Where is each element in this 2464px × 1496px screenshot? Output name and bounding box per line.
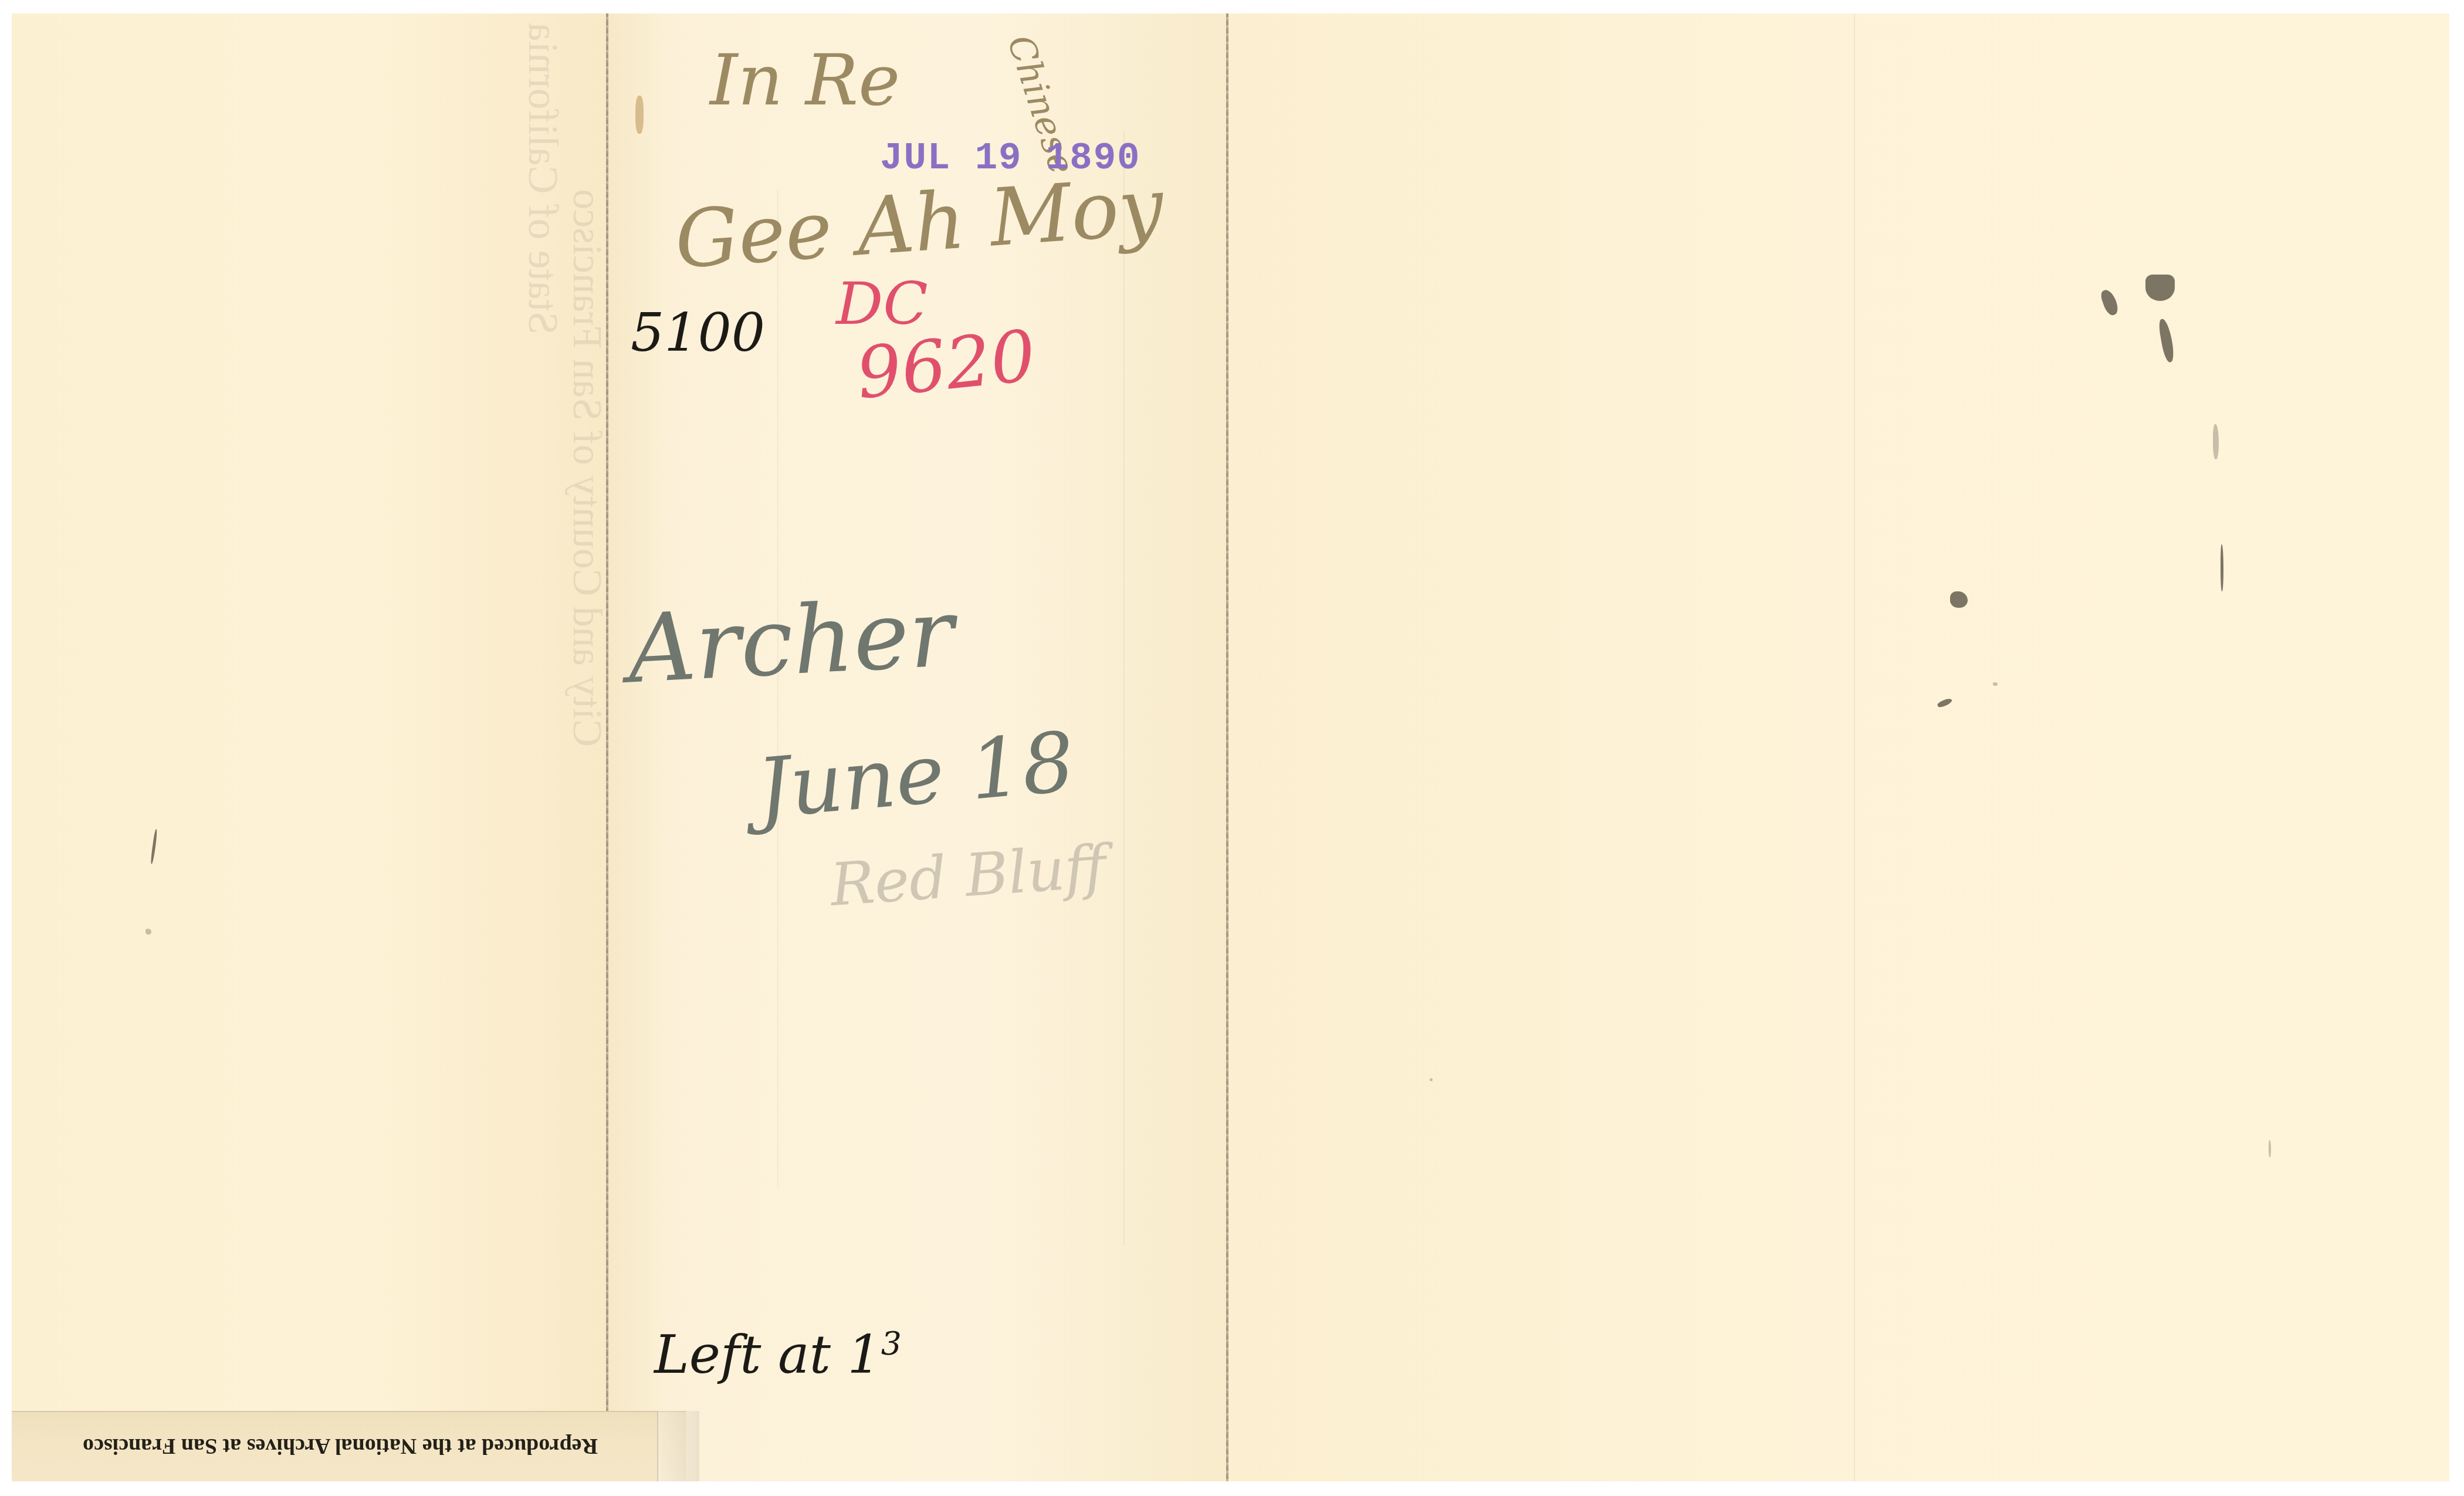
right-panel	[1227, 13, 2449, 1481]
fold-line-right	[1226, 13, 1228, 1481]
ink-speck	[150, 829, 158, 864]
ink-speck	[1993, 682, 1998, 686]
ink-blot	[2145, 275, 2175, 301]
ink-speck	[1430, 1078, 1433, 1081]
archive-reproduction-label: Reproduced at the National Archives at S…	[12, 1411, 686, 1481]
ink-blot	[2213, 424, 2219, 459]
ink-blot	[2158, 318, 2176, 363]
ink-blot	[2221, 544, 2223, 591]
document-sheet: State of California City and County of S…	[12, 13, 2449, 1481]
bleed-through-ruling	[1123, 131, 1125, 1245]
handwriting-bottom-note: Left at 13	[654, 1328, 902, 1382]
handwriting-in-re: In Re	[710, 46, 900, 116]
fold-line-faint	[1854, 13, 1855, 1481]
pencil-vessel-name: Archer	[625, 586, 956, 697]
bottom-note-superscript: 3	[881, 1325, 902, 1362]
stain	[635, 96, 644, 134]
tape-strip	[657, 1411, 699, 1481]
bleed-through-line-1: State of California	[519, 23, 567, 335]
archive-label-text: Reproduced at the National Archives at S…	[47, 1433, 634, 1459]
handwriting-red-number: 9620	[854, 321, 1039, 409]
handwriting-red-prefix: DC	[836, 275, 928, 333]
handwriting-docket-prefix: 5100	[631, 307, 765, 360]
ink-blot	[1950, 591, 1968, 608]
left-panel: State of California City and County of S…	[12, 13, 607, 1481]
fold-line-left	[606, 13, 608, 1481]
ink-blot	[2099, 288, 2120, 317]
bleed-through-line-2: City and County of San Francisco	[563, 219, 610, 747]
ink-speck	[2269, 1140, 2271, 1157]
bottom-note-text: Left at 1	[654, 1324, 881, 1386]
pencil-faint-place: Red Bluff	[828, 837, 1108, 915]
ink-blot	[1937, 697, 1953, 709]
ink-speck	[145, 929, 151, 935]
